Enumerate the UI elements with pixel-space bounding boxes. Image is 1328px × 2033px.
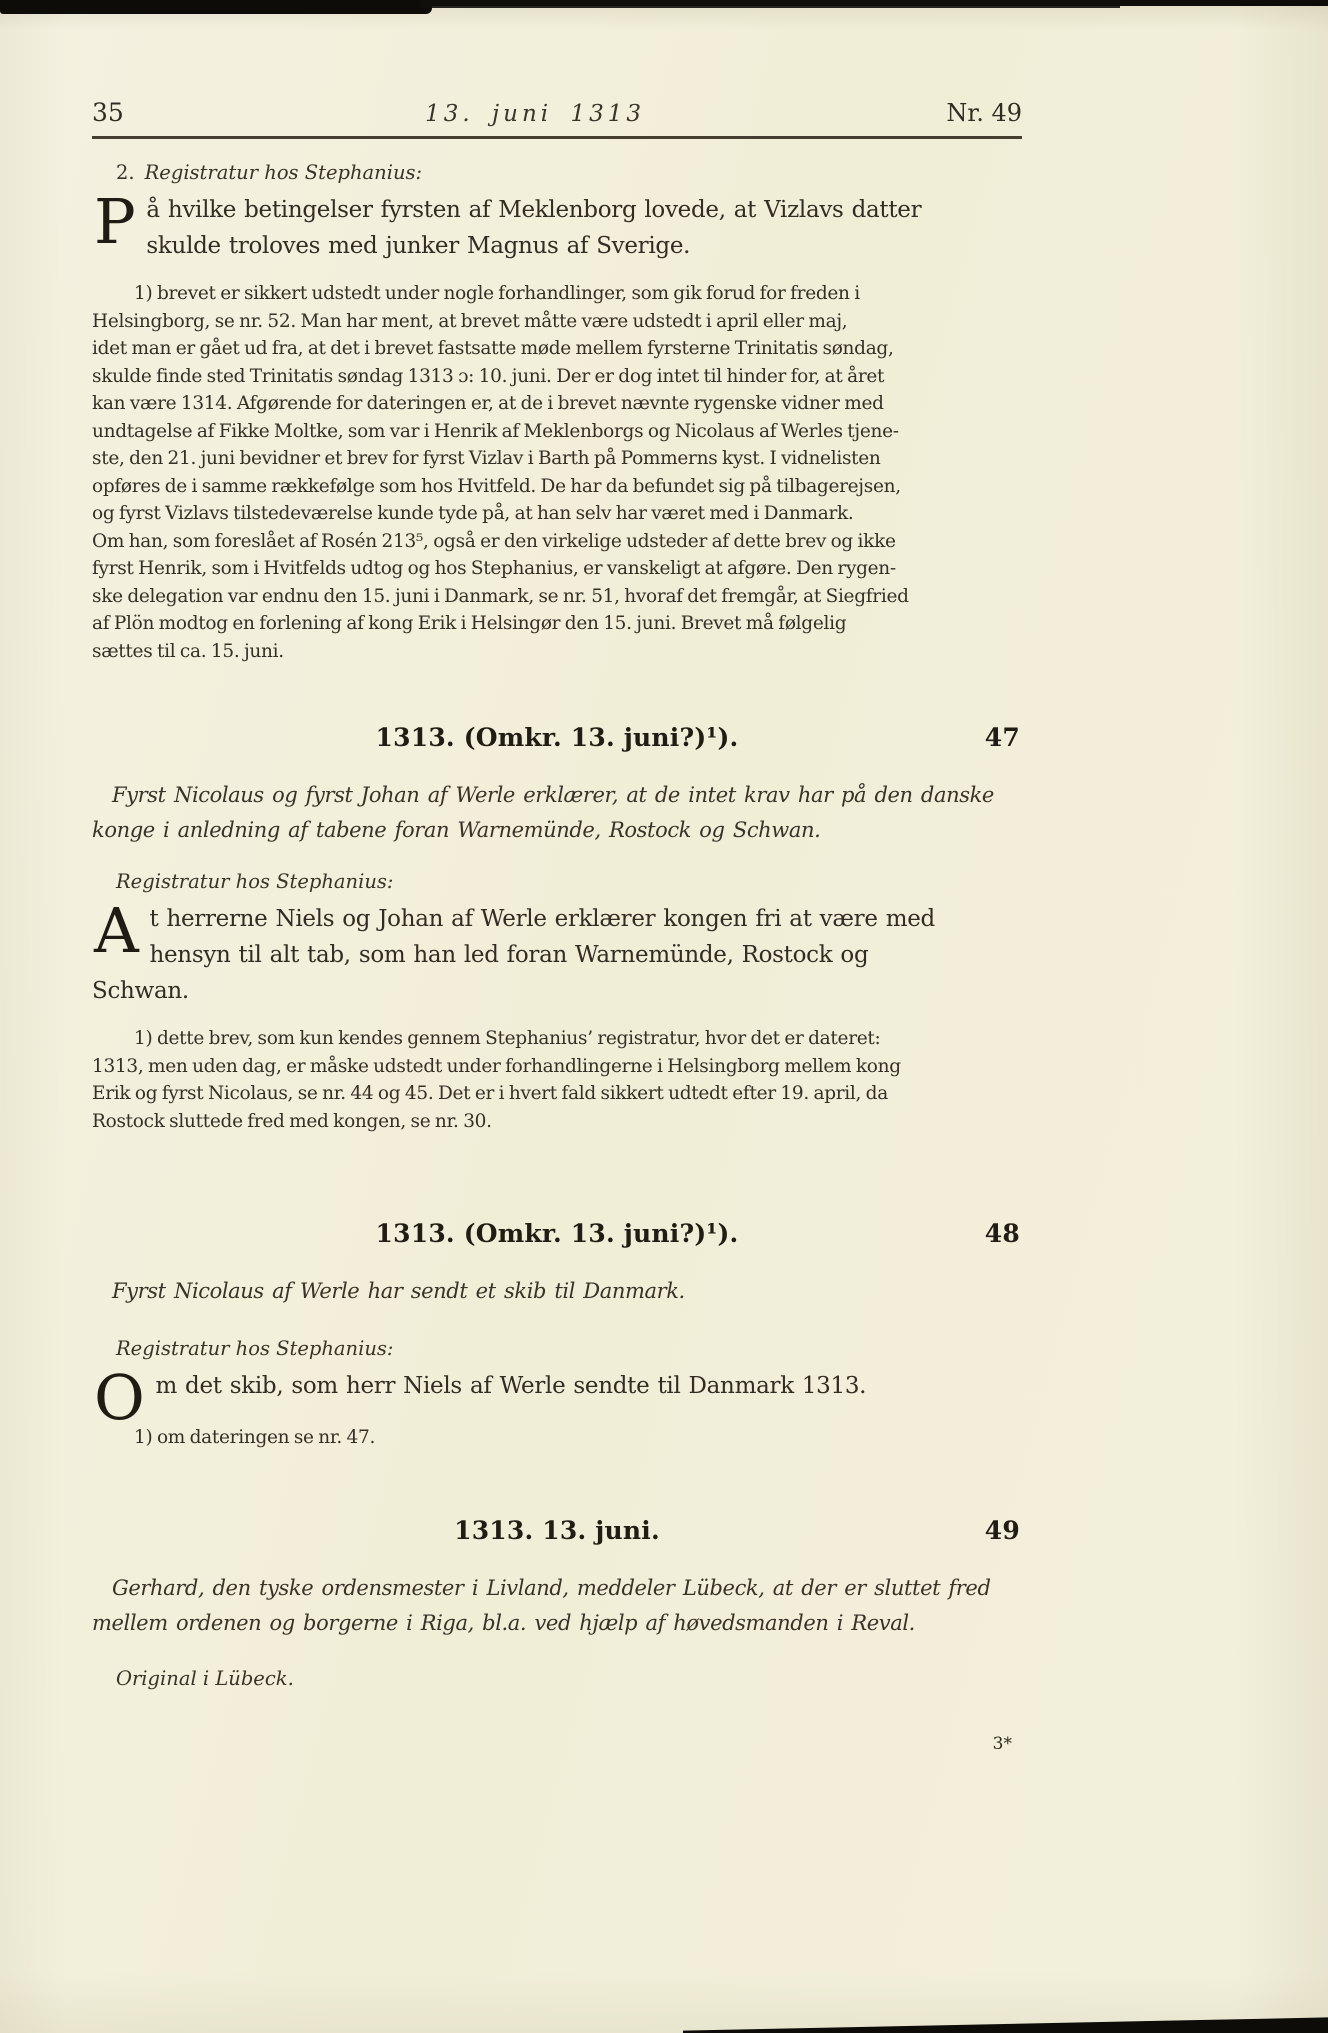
entry-summary: Fyrst Nicolaus og fyrst Johan af Werle e… [92, 778, 1022, 848]
header-entry-number: Nr. 49 [946, 99, 1022, 127]
text-column: 35 13. juni 1313 Nr. 49 2.Registratur ho… [92, 0, 1022, 1754]
entry-body-text: å hvilke betingelser fyrsten af Meklenbo… [146, 197, 921, 259]
source-line: 2.Registratur hos Stephanius: [116, 161, 1022, 184]
entry-body-text: t herrerne Niels og Johan af Werle erklæ… [92, 906, 935, 1004]
entry-date: 1313. (Omkr. 13. juni?)¹). [376, 1219, 739, 1248]
page-number: 35 [92, 98, 124, 127]
entry-body: Om det skib, som herr Niels af Werle sen… [92, 1368, 1022, 1404]
entry-summary: Gerhard, den tyske ordensmester i Livlan… [92, 1571, 1022, 1641]
entry-heading: 1313. (Omkr. 13. juni?)¹).48 [92, 1219, 1022, 1248]
entry-number: 49 [985, 1516, 1020, 1545]
entry-date: 1313. 13. juni. [454, 1516, 660, 1545]
entry-46: 2.Registratur hos Stephanius: På hvilke … [92, 161, 1022, 665]
source-label: Registratur hos Stephanius: [116, 870, 394, 893]
drop-cap: O [92, 1368, 156, 1423]
source-line: Original i Lübeck. [116, 1667, 1022, 1690]
running-title: 13. juni 1313 [124, 101, 947, 127]
source-label: Original i Lübeck. [116, 1667, 294, 1690]
source-item-number: 2. [116, 161, 135, 184]
entry-body-text: m det skib, som herr Niels af Werle send… [156, 1373, 867, 1399]
footnote: 1) om dateringen se nr. 47. [92, 1424, 1022, 1452]
entry-heading: 1313. 13. juni.49 [92, 1516, 1022, 1545]
footnote: 1) dette brev, som kun kendes gennem Ste… [92, 1025, 1022, 1135]
signature-mark: 3* [92, 1734, 1022, 1754]
source-line: Registratur hos Stephanius: [116, 870, 1022, 893]
entry-summary: Fyrst Nicolaus af Werle har sendt et ski… [92, 1274, 1022, 1309]
source-label: Registratur hos Stephanius: [116, 1337, 394, 1360]
drop-cap: P [92, 192, 146, 247]
entry-date: 1313. (Omkr. 13. juni?)¹). [376, 723, 739, 752]
scan-border-bottom-right [683, 2013, 1328, 2033]
entry-48: 1313. (Omkr. 13. juni?)¹).48 Fyrst Nicol… [92, 1219, 1022, 1452]
scanned-book-page: 35 13. juni 1313 Nr. 49 2.Registratur ho… [0, 0, 1328, 2033]
entry-body: På hvilke betingelser fyrsten af Meklenb… [92, 192, 1022, 264]
running-head: 35 13. juni 1313 Nr. 49 [92, 98, 1022, 139]
source-line: Registratur hos Stephanius: [116, 1337, 1022, 1360]
entry-number: 48 [985, 1219, 1020, 1248]
drop-cap: A [92, 901, 149, 956]
entry-49: 1313. 13. juni.49 Gerhard, den tyske ord… [92, 1516, 1022, 1690]
entry-number: 47 [985, 723, 1020, 752]
footnote: 1) brevet er sikkert udstedt under nogle… [92, 280, 1022, 665]
entry-heading: 1313. (Omkr. 13. juni?)¹).47 [92, 723, 1022, 752]
source-label: Registratur hos Stephanius: [145, 161, 423, 184]
entry-body: At herrerne Niels og Johan af Werle erkl… [92, 901, 1022, 1009]
entry-47: 1313. (Omkr. 13. juni?)¹).47 Fyrst Nicol… [92, 723, 1022, 1135]
